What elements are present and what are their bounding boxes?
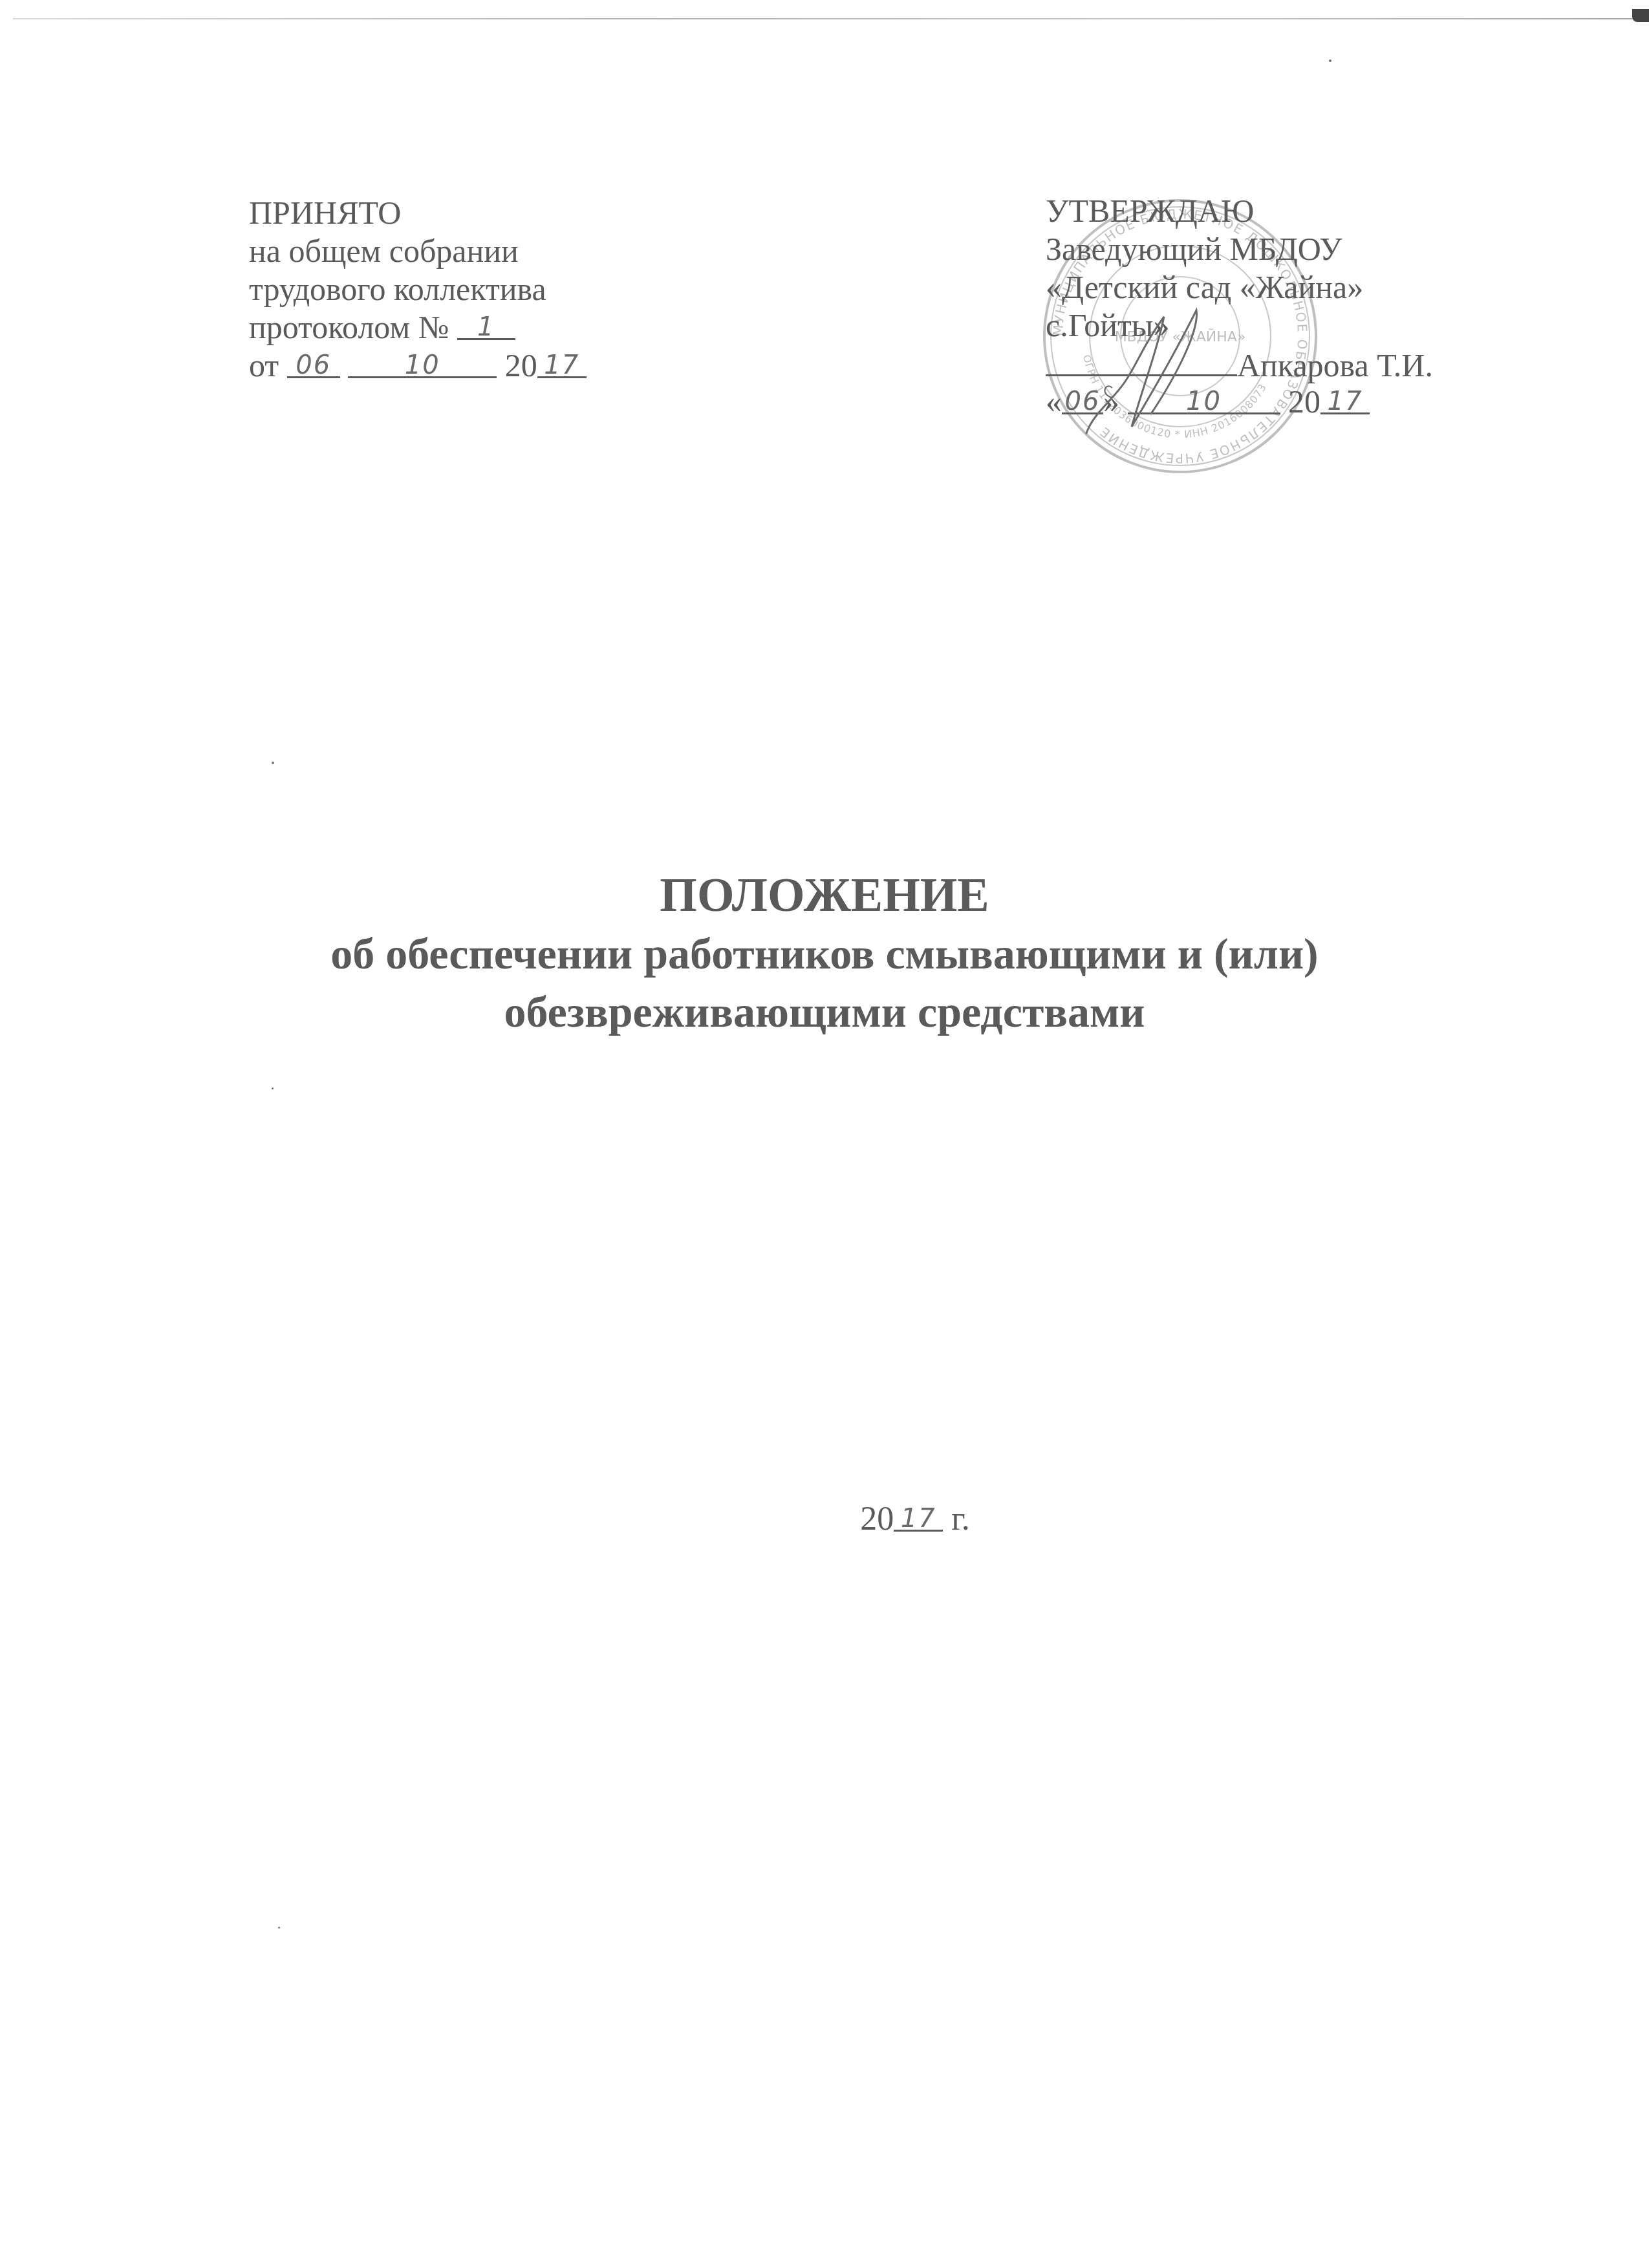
approved-year-prefix: 20 [1288,383,1320,420]
approved-day-field: 06 [1062,383,1103,414]
organization-line-2: с.Гойты» [1046,306,1433,345]
approved-year-value: 17 [1328,387,1363,416]
footer-year-value: 17 [901,1504,936,1534]
signatory-name: Апкарова Т.И. [1237,347,1433,383]
document-title: ПОЛОЖЕНИЕ [0,866,1649,925]
approved-heading: УТВЕРЖДАЮ [1046,192,1433,230]
footer-year-prefix: 20 [860,1501,894,1537]
scan-speck [272,1087,274,1089]
month-field: 10 [348,347,497,378]
document-subtitle-line-1: об обеспечении работников смывающими и (… [0,925,1649,983]
approved-year-field: 17 [1320,383,1370,414]
document-subtitle-line-2: обезвреживающими средствами [0,983,1649,1041]
scan-speck [272,762,274,764]
protocol-label: протоколом № [249,309,449,345]
protocol-number: 1 [477,312,495,342]
quote-close: » [1103,383,1119,420]
footer-year-field: 17 [894,1500,943,1532]
approved-block: УТВЕРЖДАЮ Заведующий МБДОУ «Детский сад … [1046,192,1433,421]
document-title-block: ПОЛОЖЕНИЕ об обеспечении работников смыв… [0,866,1649,1041]
approved-day-value: 06 [1065,387,1101,416]
accepted-line-1: на общем собрании [249,232,587,270]
footer-year: 2017 г. [0,1500,1649,1538]
approved-month-value: 10 [1186,387,1222,416]
year-value: 17 [544,350,579,380]
scan-speck [1329,59,1331,62]
accepted-date-line: от 06 10 2017 [249,347,587,385]
day-value: 06 [296,350,331,380]
signature-line: Апкарова Т.И. [1046,345,1433,383]
footer-year-suffix: г. [951,1501,969,1537]
accepted-block: ПРИНЯТО на общем собрании трудового колл… [249,194,587,385]
scan-corner-mark [1632,9,1649,22]
year-prefix: 20 [505,347,537,383]
signature-field [1046,345,1237,376]
accepted-heading: ПРИНЯТО [249,194,587,232]
approver-position: Заведующий МБДОУ [1046,230,1433,268]
month-value: 10 [405,350,440,380]
quote-open: « [1046,383,1062,420]
approved-date-line: «06» 10 2017 [1046,383,1433,421]
organization-line-1: «Детский сад «Жайна» [1046,268,1433,306]
protocol-line: протоколом № 1 [249,308,587,347]
day-field: 06 [287,347,340,378]
year-field: 17 [537,347,587,378]
approved-month-field: 10 [1128,383,1280,414]
accepted-line-2: трудового коллектива [249,270,587,308]
scan-edge-line [13,18,1636,19]
protocol-number-field: 1 [457,308,515,340]
date-prefix: от [249,347,279,383]
scan-speck [278,1927,280,1929]
